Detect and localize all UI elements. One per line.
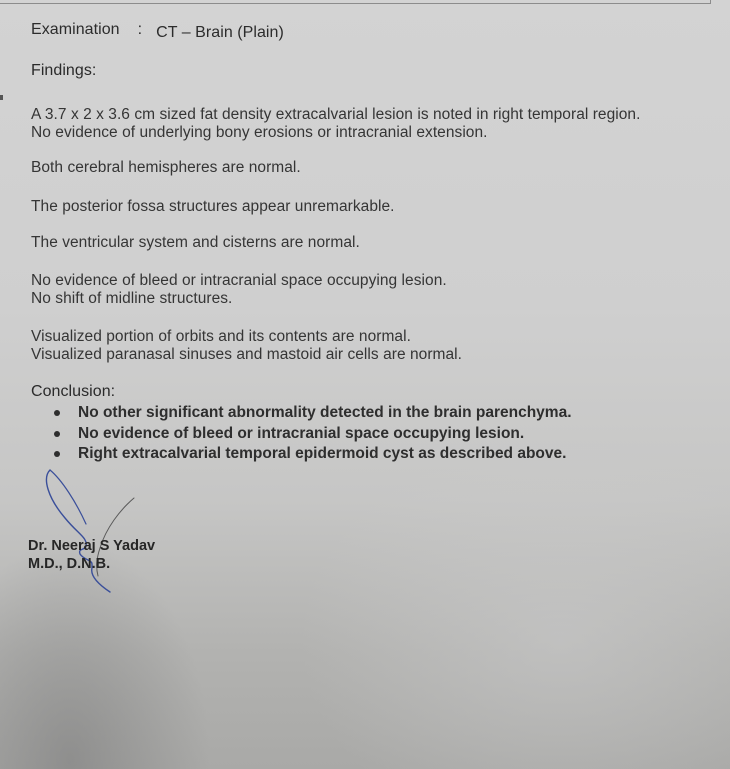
finding-orbits-line: Visualized portion of orbits and its con… (31, 328, 411, 346)
examination-label: Examination (31, 21, 120, 38)
examination-row: Examination:CT – Brain (Plain) (31, 21, 284, 39)
bullet-icon (54, 431, 60, 437)
paper-edge-border (0, 0, 711, 4)
bullet-icon (54, 410, 60, 416)
finding-hemispheres: Both cerebral hemispheres are normal. (31, 159, 301, 177)
finding-lesion-line-2: No evidence of underlying bony erosions … (31, 124, 488, 142)
doctor-qualifications: M.D., D.N.B. (28, 555, 110, 573)
finding-bleed-line-1: No evidence of bleed or intracranial spa… (31, 272, 447, 290)
conclusion-list: No other significant abnormality detecte… (52, 403, 572, 465)
finding-sinuses-line: Visualized paranasal sinuses and mastoid… (31, 346, 462, 364)
finding-ventricular-system: The ventricular system and cisterns are … (31, 234, 360, 252)
conclusion-item: No evidence of bleed or intracranial spa… (52, 424, 572, 445)
finding-bleed-line-2: No shift of midline structures. (31, 290, 232, 308)
finding-lesion-line-1: A 3.7 x 2 x 3.6 cm sized fat density ext… (31, 106, 640, 124)
radiology-report-page: Examination:CT – Brain (Plain) Findings:… (0, 0, 730, 769)
bullet-icon (54, 451, 60, 457)
conclusion-item: Right extracalvarial temporal epidermoid… (52, 444, 572, 465)
handwritten-signature-icon (40, 468, 150, 593)
examination-value: CT – Brain (Plain) (156, 24, 284, 41)
doctor-name: Dr. Neeraj S Yadav (28, 537, 155, 555)
conclusion-item: No other significant abnormality detecte… (52, 403, 572, 424)
edge-mark (0, 95, 3, 100)
finding-posterior-fossa: The posterior fossa structures appear un… (31, 198, 395, 216)
conclusion-heading: Conclusion: (31, 383, 115, 401)
examination-separator: : (138, 21, 143, 39)
findings-heading: Findings: (31, 62, 96, 80)
